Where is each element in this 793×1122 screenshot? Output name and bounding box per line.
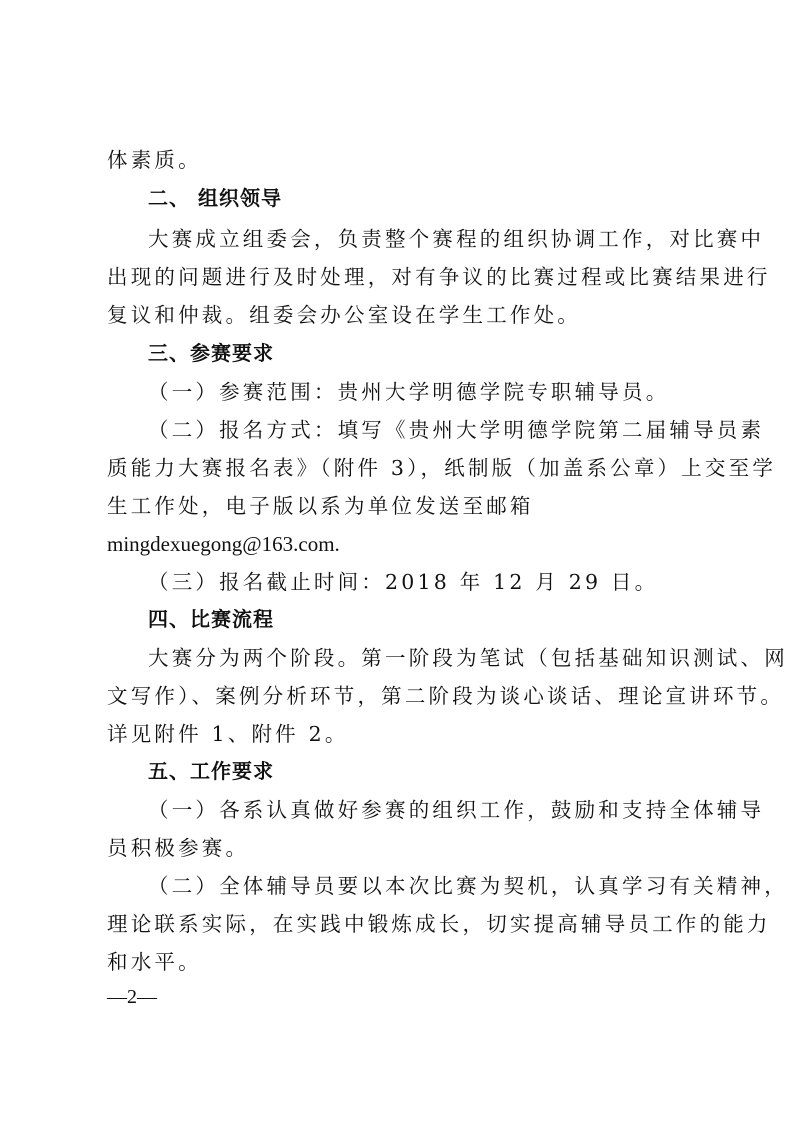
section-heading-work-requirements: 五、工作要求 [148,757,274,785]
paragraph-line: 和水平。 [107,948,202,976]
paragraph-line: （一）参赛范围：贵州大学明德学院专职辅导员。 [148,378,669,406]
paragraph-line: 大赛成立组委会，负责整个赛程的组织协调工作，对比赛中 [148,225,764,253]
paragraph-line: 理论联系实际，在实践中锻炼成长，切实提高辅导员工作的能力 [107,910,771,938]
paragraph-continuation: 体素质。 [107,146,202,174]
paragraph-line: 复议和仲裁。组委会办公室设在学生工作处。 [107,301,581,329]
paragraph-line: （二）全体辅导员要以本次比赛为契机，认真学习有关精神， [148,872,788,900]
paragraph-line: （二）报名方式：填写《贵州大学明德学院第二届辅导员素 [148,416,764,444]
section-heading-process: 四、比赛流程 [148,605,274,633]
section-heading-requirements: 三、参赛要求 [148,339,274,367]
paragraph-line: 大赛分为两个阶段。第一阶段为笔试（包括基础知识测试、网 [148,644,788,672]
document-page: 体素质。 二、 组织领导 大赛成立组委会，负责整个赛程的组织协调工作，对比赛中 … [0,0,793,1122]
paragraph-line: 员积极参赛。 [107,834,249,862]
section-heading-organization: 二、 组织领导 [148,184,282,212]
paragraph-line: 详见附件 1、附件 2。 [107,720,349,748]
paragraph-line: （三）报名截止时间：2018 年 12 月 29 日。 [148,568,658,596]
paragraph-line: 文写作）、案例分析环节，第二阶段为谈心谈话、理论宣讲环节。 [107,682,784,710]
paragraph-line: 生工作处，电子版以系为单位发送至邮箱 [107,492,534,520]
paragraph-line: 质能力大赛报名表》（附件 3），纸制版（加盖系公章）上交至学 [107,454,776,482]
page-number: —2— [107,984,157,1010]
paragraph-line: 出现的问题进行及时处理，对有争议的比赛过程或比赛结果进行 [107,263,771,291]
email-address: mingdexuegong@163.com. [107,530,340,558]
paragraph-line: （一）各系认真做好参赛的组织工作，鼓励和支持全体辅导 [148,796,764,824]
